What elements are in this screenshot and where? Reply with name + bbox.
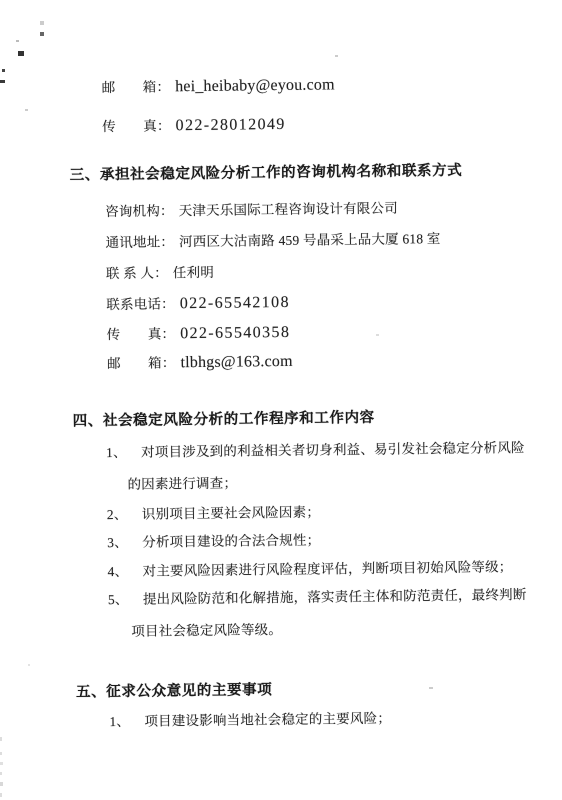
list-item-number: 5、 [108, 590, 143, 609]
scan-edge-noise [0, 752, 2, 755]
section4-heading: 四、社会稳定风险分析的工作程序和工作内容 [73, 409, 375, 432]
list-item: 1、对项目涉及到的利益相关者切身利益、易引发社会稳定分析风险 [106, 438, 525, 462]
list-item-text: 对项目涉及到的利益相关者切身利益、易引发社会稳定分析风险 [141, 438, 525, 462]
list-item-number: 4、 [107, 562, 142, 581]
address-label: 通讯地址： [105, 234, 174, 250]
list-item: 2、识别项目主要社会风险因素； [107, 503, 320, 525]
contact-person-label: 联 系 人： [106, 265, 168, 281]
contact-person-value: 任利明 [173, 265, 214, 281]
email-field-row: 邮 箱：hei_heibaby@eyou.com [102, 75, 335, 97]
fax-label: 传 真： [102, 118, 171, 134]
section5-heading: 五、征求公众意见的主要事项 [76, 681, 273, 702]
list-item: 1、项目建设影响当地社会稳定的主要风险； [109, 709, 391, 731]
list-item-number: 1、 [106, 443, 141, 462]
fax2-field-row: 传 真：022-65540358 [107, 323, 291, 344]
scan-speck [28, 664, 30, 666]
scanned-document-page: 邮 箱：hei_heibaby@eyou.com 传 真：022-2801204… [0, 0, 562, 800]
phone-field-row: 联系电话：022-65542108 [106, 293, 290, 314]
list-item-number: 3、 [107, 533, 142, 552]
list-item: 3、分析项目建设的合法合规性； [107, 531, 320, 553]
scan-speck [18, 51, 24, 56]
address-field-row: 通讯地址：河西区大沽南路 459 号晶采上品大厦 618 室 [105, 229, 440, 252]
email2-value: tlbhgs@163.com [180, 353, 292, 371]
list-item: 4、对主要风险因素进行风险程度评估，判断项目初始风险等级； [107, 557, 512, 581]
fax2-label: 传 真： [107, 326, 176, 342]
contact-person-field-row: 联 系 人：任利明 [106, 263, 214, 283]
document-content: 邮 箱：hei_heibaby@eyou.com 传 真：022-2801204… [0, 0, 562, 800]
fax-value: 022-28012049 [176, 116, 286, 134]
list-item-text: 对主要风险因素进行风险程度评估，判断项目初始风险等级； [142, 557, 512, 581]
scan-edge-noise [0, 772, 2, 775]
list-item: 5、提出风险防范和化解措施，落实责任主体和防范责任，最终判断 [108, 585, 527, 609]
scan-edge-noise [0, 782, 3, 786]
scan-speck [335, 55, 338, 57]
scan-speck [2, 69, 5, 72]
fax-field-row: 传 真：022-28012049 [102, 115, 286, 136]
scan-speck [16, 40, 19, 42]
list-item-continuation: 项目社会稳定风险等级。 [131, 620, 282, 641]
scan-speck [40, 32, 44, 36]
fax2-value: 022-65540358 [180, 324, 290, 342]
scan-speck [0, 80, 5, 83]
email-value: hei_heibaby@eyou.com [175, 76, 335, 95]
scan-speck [25, 109, 28, 111]
agency-field-row: 咨询机构：天津天乐国际工程咨询设计有限公司 [105, 199, 398, 222]
list-item-text: 项目建设影响当地社会稳定的主要风险； [144, 709, 391, 731]
phone-label: 联系电话： [106, 296, 175, 312]
email-label: 邮 箱： [102, 79, 171, 95]
scan-speck [376, 334, 379, 336]
scan-speck [40, 21, 44, 25]
scan-edge-noise [0, 737, 2, 741]
email2-field-row: 邮 箱：tlbhgs@163.com [107, 352, 293, 373]
list-item-text: 提出风险防范和化解措施，落实责任主体和防范责任，最终判断 [143, 585, 527, 609]
address-value: 河西区大沽南路 459 号晶采上品大厦 618 室 [179, 231, 441, 249]
list-item-number: 2、 [107, 505, 142, 524]
scan-edge-noise [0, 793, 2, 797]
scan-edge-noise [0, 762, 3, 765]
email2-label: 邮 箱： [107, 355, 176, 371]
list-item-text: 识别项目主要社会风险因素； [142, 503, 320, 524]
list-item-text: 分析项目建设的合法合规性； [142, 531, 320, 552]
list-item-number: 1、 [109, 712, 144, 731]
section3-heading: 三、承担社会稳定风险分析工作的咨询机构名称和联系方式 [70, 162, 463, 186]
scan-speck [429, 687, 433, 689]
agency-label: 咨询机构： [105, 203, 174, 219]
agency-value: 天津天乐国际工程咨询设计有限公司 [179, 201, 398, 219]
phone-value: 022-65542108 [180, 294, 290, 312]
list-item-continuation: 的因素进行调查； [127, 474, 237, 494]
